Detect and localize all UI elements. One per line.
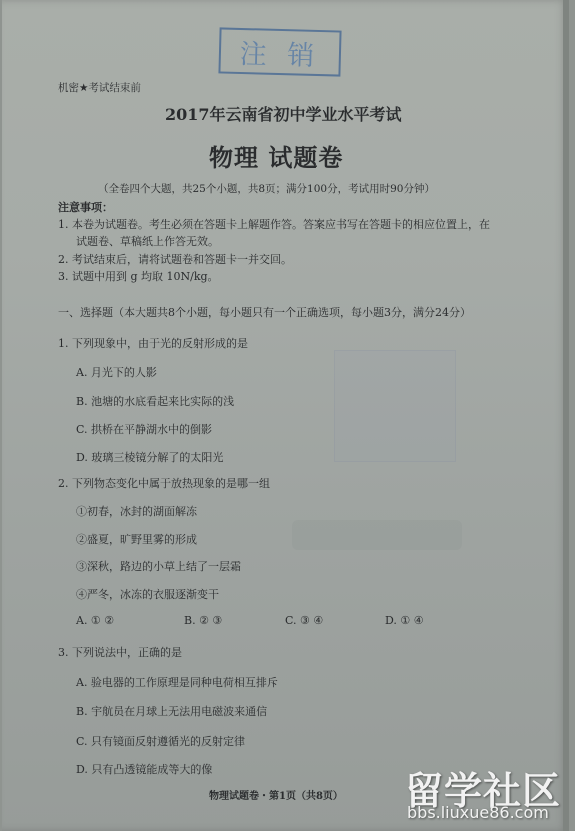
watermark: 留学社区 bbs.liuxue86.com <box>405 760 567 828</box>
question-2-option-b: B. ② ③ <box>184 614 222 627</box>
question-2-statement-1: ①初春，冰封的湖面解冻 <box>76 503 197 519</box>
question-3-option-d: D. 只有凸透镜能成等大的像 <box>76 761 212 777</box>
question-2-option-d: D. ① ④ <box>385 614 424 627</box>
note-item-1-cont: 试题卷、草稿纸上作答无效。 <box>76 233 219 249</box>
question-3-option-a: A. 验电器的工作原理是同种电荷相互排斥 <box>76 674 278 690</box>
question-2-statement-2: ②盛夏，旷野里雾的形成 <box>76 531 197 547</box>
bleed-through-figure <box>334 350 456 462</box>
exam-info: （全卷四个大题，共25个小题，共8页；满分100分，考试用时90分钟） <box>98 181 435 196</box>
question-1-option-d: D. 玻璃三棱镜分解了的太阳光 <box>76 449 223 465</box>
question-1-stem: 1. 下列现象中，由于光的反射形成的是 <box>58 335 248 351</box>
question-1-option-b: B. 池塘的水底看起来比实际的浅 <box>76 393 234 409</box>
question-2-option-a: A. ① ② <box>76 614 114 627</box>
subject-title: 物理 试题卷 <box>209 138 343 173</box>
exam-paper-page: 注 销 机密★考试结束前 2017年云南省初中学业水平考试 物理 试题卷 （全卷… <box>2 0 569 831</box>
confidential-label: 机密★考试结束前 <box>58 80 141 95</box>
question-1-option-a: A. 月光下的人影 <box>76 364 157 380</box>
section-title: 一、选择题（本大题共8个小题，每小题只有一个正确选项，每小题3分，满分24分） <box>58 304 471 320</box>
page-edge-shadow <box>563 0 569 831</box>
watermark-url: bbs.liuxue86.com <box>407 803 549 822</box>
question-1-option-c: C. 拱桥在平静湖水中的倒影 <box>76 421 212 437</box>
page-footer: 物理试题卷・第1页（共8页） <box>209 787 343 802</box>
note-item-3: 3. 试题中用到 g 均取 10N/kg。 <box>58 268 219 284</box>
bleed-through-figure-2 <box>292 520 462 550</box>
note-item-2: 2. 考试结束后，请将试题卷和答题卡一并交回。 <box>58 251 292 267</box>
question-2-statement-3: ③深秋，路边的小草上结了一层霜 <box>76 558 241 574</box>
note-item-1: 1. 本卷为试题卷。考生必须在答题卡上解题作答。答案应书写在答题卡的相应位置上，… <box>58 216 490 232</box>
question-2-statement-4: ④严冬，冰冻的衣服逐渐变干 <box>76 586 219 602</box>
exam-title: 2017年云南省初中学业水平考试 <box>165 102 402 125</box>
question-2-stem: 2. 下列物态变化中属于放热现象的是哪一组 <box>58 475 270 491</box>
question-3-option-c: C. 只有镜面反射遵循光的反射定律 <box>76 733 245 749</box>
question-3-stem: 3. 下列说法中，正确的是 <box>58 644 182 660</box>
question-2-option-c: C. ③ ④ <box>285 614 323 627</box>
notes-heading: 注意事项： <box>58 199 113 215</box>
void-stamp: 注 销 <box>218 27 341 76</box>
question-3-option-b: B. 宇航员在月球上无法用电磁波来通信 <box>76 703 267 719</box>
